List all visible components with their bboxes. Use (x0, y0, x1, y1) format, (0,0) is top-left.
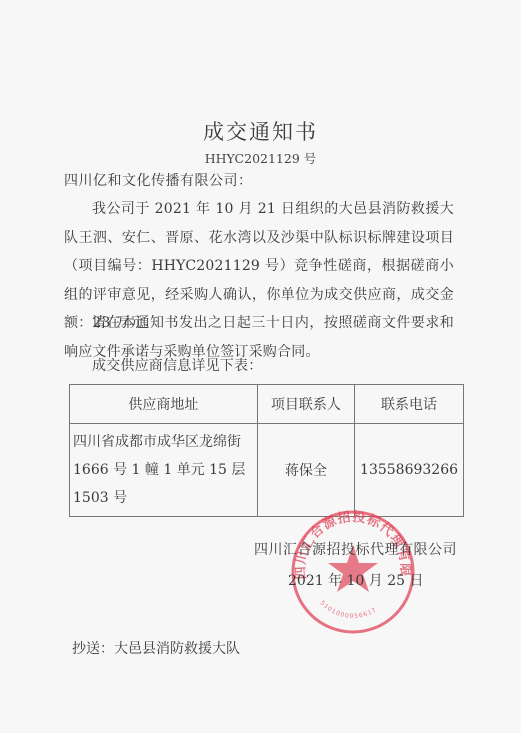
document-title: 成交通知书 (0, 116, 521, 146)
body-paragraph-table-intro: 成交供应商信息详见下表： (64, 352, 454, 381)
cell-address: 四川省成都市成华区龙绵街1666 号 1 幢 1 单元 15 层 1503 号 (70, 424, 258, 517)
table-header-row: 供应商地址 项目联系人 联系电话 (70, 385, 464, 424)
document-page: 成交通知书 HHYC2021129 号 四川亿和文化传播有限公司： 我公司于 2… (0, 0, 521, 733)
issuer-company: 四川汇合源招投标代理有限公司 (254, 539, 457, 559)
cell-phone: 13558693266 (355, 424, 464, 517)
svg-text:5101000056617: 5101000056617 (318, 599, 378, 619)
recipient-salutation: 四川亿和文化传播有限公司： (64, 170, 253, 190)
issue-date: 2021 年 10 月 25 日 (288, 570, 424, 590)
cell-contact: 蒋保全 (257, 424, 354, 517)
supplier-info-table: 供应商地址 项目联系人 联系电话 四川省成都市成华区龙绵街1666 号 1 幢 … (69, 384, 464, 517)
header-address: 供应商地址 (70, 385, 258, 424)
document-number: HHYC2021129 号 (0, 149, 521, 167)
carbon-copy: 抄送：大邑县消防救援大队 (72, 638, 240, 658)
header-contact: 项目联系人 (257, 385, 354, 424)
table-row: 四川省成都市成华区龙绵街1666 号 1 幢 1 单元 15 层 1503 号 … (70, 424, 464, 517)
header-phone: 联系电话 (355, 385, 464, 424)
